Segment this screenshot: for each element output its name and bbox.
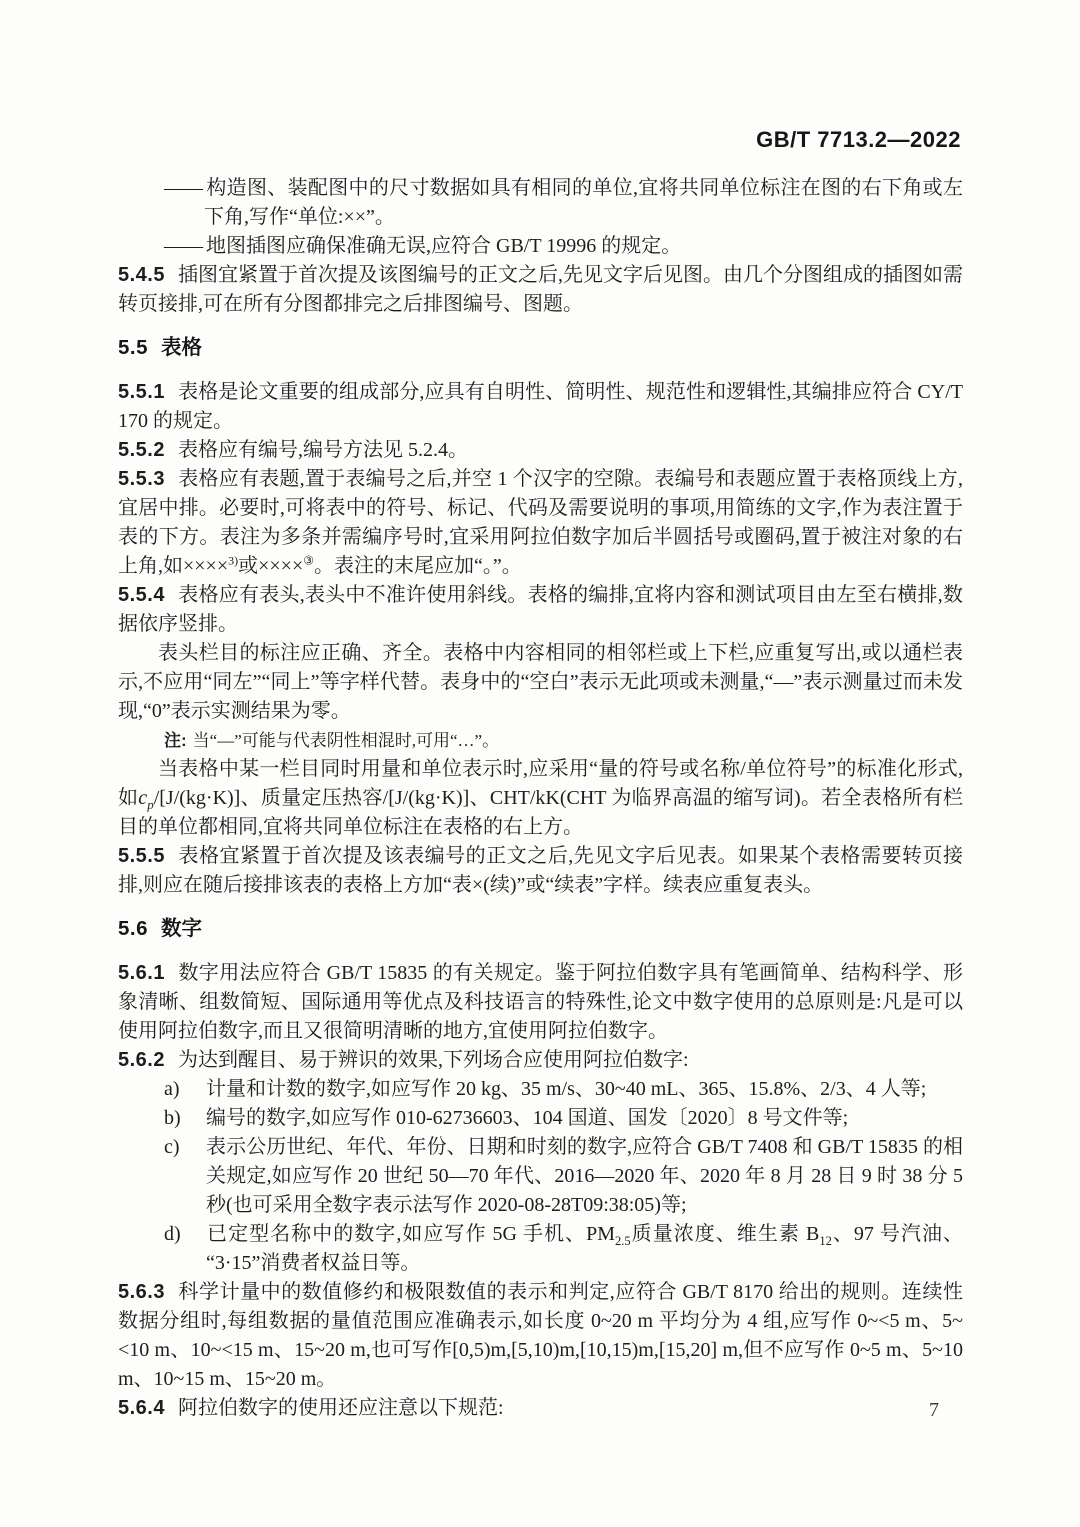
- list-item-text: 计量和计数的数字,如应写作 20 kg、35 m/s、30~40 mL、365、…: [206, 1078, 926, 1100]
- clause-5-6-4: 5.6.4阿拉伯数字的使用还应注意以下规范:: [118, 1394, 963, 1423]
- clause-5-5-1: 5.5.1表格是论文重要的组成部分,应具有自明性、简明性、规范性和逻辑性,其编排…: [118, 378, 963, 436]
- list-item-text: 表示公历世纪、年代、年份、日期和时刻的数字,应符合 GB/T 7408 和 GB…: [206, 1136, 963, 1216]
- dash-item-construction-drawings: ——构造图、装配图中的尺寸数据如具有相同的单位,宜将共同单位标注在图的右下角或左…: [118, 174, 963, 232]
- clause-text: 表格应有表头,表头中不准许使用斜线。表格的编排,宜将内容和测试项目由左至右横排,…: [118, 584, 963, 635]
- circled-number-superscript: ③: [303, 553, 314, 567]
- clause-text: 或××××: [238, 555, 303, 577]
- paragraph-table-header-rules: 表头栏目的标注应正确、齐全。表格中内容相同的相邻栏或上下栏,应重复写出,或以通栏…: [118, 639, 963, 726]
- clause-number: 5.5.3: [118, 468, 165, 490]
- section-title: 数字: [161, 917, 202, 940]
- paragraph-text: /[J/(kg·K)]、质量定压热容/[J/(kg·K)]、CHT/kK(CHT…: [118, 787, 963, 838]
- clause-number: 5.4.5: [118, 264, 165, 286]
- clause-text: 表格应有编号,编号方法见 5.2.4。: [178, 439, 468, 461]
- clause-text: 表格是论文重要的组成部分,应具有自明性、简明性、规范性和逻辑性,其编排应符合 C…: [118, 381, 963, 432]
- clause-text: 科学计量中的数值修约和极限数值的表示和判定,应符合 GB/T 8170 给出的规…: [118, 1281, 963, 1390]
- clause-5-5-3: 5.5.3表格应有表题,置于表编号之后,并空 1 个汉字的空隙。表编号和表题应置…: [118, 465, 963, 581]
- clause-number: 5.6.4: [118, 1397, 165, 1419]
- note-text: 当“—”可能与代表阴性相混时,可用“…”。: [193, 731, 499, 750]
- standard-code-header: GB/T 7713.2—2022: [756, 127, 961, 153]
- section-number: 5.5: [118, 336, 148, 359]
- clause-text: 表格宜紧置于首次提及该表编号的正文之后,先见文字后见表。如果某个表格需要转页接排…: [118, 845, 963, 896]
- list-item-text: 已定型名称中的数字,如应写作 5G 手机、PM: [206, 1223, 615, 1245]
- list-marker: c): [164, 1133, 206, 1162]
- clause-number: 5.5.4: [118, 584, 165, 606]
- clause-5-4-5: 5.4.5插图宜紧置于首次提及该图编号的正文之后,先见文字后见图。由几个分图组成…: [118, 261, 963, 319]
- list-marker: d): [164, 1220, 206, 1249]
- clause-5-5-2: 5.5.2表格应有编号,编号方法见 5.2.4。: [118, 436, 963, 465]
- dash-item-map-inserts: ——地图插图应确保准确无误,应符合 GB/T 19996 的规定。: [118, 232, 963, 261]
- page-number: 7: [929, 1399, 939, 1422]
- clause-5-6-1: 5.6.1数字用法应符合 GB/T 15835 的有关规定。鉴于阿拉伯数字具有笔…: [118, 959, 963, 1046]
- dash-marker: ——: [164, 235, 202, 257]
- list-item-b: b)编号的数字,如应写作 010-62736603、104 国道、国发〔2020…: [118, 1104, 963, 1133]
- quantity-symbol: cp: [138, 787, 153, 809]
- dash-item-text: 构造图、装配图中的尺寸数据如具有相同的单位,宜将共同单位标注在图的右下角或左下角…: [204, 177, 963, 228]
- list-item-d: d)已定型名称中的数字,如应写作 5G 手机、PM2.5质量浓度、维生素 B12…: [118, 1220, 963, 1278]
- note-paragraph: 注:当“—”可能与代表阴性相混时,可用“…”。: [118, 727, 963, 754]
- section-title: 表格: [161, 336, 202, 359]
- paragraph-quantity-units: 当表格中某一栏目同时用量和单位表示时,应采用“量的符号或名称/单位符号”的标准化…: [118, 755, 963, 842]
- section-number: 5.6: [118, 917, 148, 940]
- clause-number: 5.6.2: [118, 1049, 165, 1071]
- dash-marker: ——: [164, 177, 202, 199]
- symbol-c: c: [138, 787, 147, 809]
- clause-number: 5.6.3: [118, 1281, 165, 1303]
- note-label: 注:: [164, 731, 187, 750]
- clause-text: 数字用法应符合 GB/T 15835 的有关规定。鉴于阿拉伯数字具有笔画简单、结…: [118, 962, 963, 1042]
- list-marker: a): [164, 1075, 206, 1104]
- clause-number: 5.5.1: [118, 381, 165, 403]
- list-item-text: 质量浓度、维生素 B: [631, 1223, 820, 1245]
- dash-item-text: 地图插图应确保准确无误,应符合 GB/T 19996 的规定。: [206, 235, 681, 257]
- list-marker: b): [164, 1104, 206, 1133]
- list-item-c: c)表示公历世纪、年代、年份、日期和时刻的数字,应符合 GB/T 7408 和 …: [118, 1133, 963, 1220]
- clause-number: 5.6.1: [118, 962, 165, 984]
- clause-5-5-4: 5.5.4表格应有表头,表头中不准许使用斜线。表格的编排,宜将内容和测试项目由左…: [118, 581, 963, 639]
- section-heading-5-6: 5.6数字: [118, 914, 963, 943]
- subscript-b12: 12: [819, 1234, 832, 1248]
- clause-5-6-3: 5.6.3科学计量中的数值修约和极限数值的表示和判定,应符合 GB/T 8170…: [118, 1278, 963, 1394]
- clause-5-6-2: 5.6.2为达到醒目、易于辨识的效果,下列场合应使用阿拉伯数字:: [118, 1046, 963, 1075]
- clause-number: 5.5.5: [118, 845, 165, 867]
- section-heading-5-5: 5.5表格: [118, 333, 963, 362]
- clause-5-5-5: 5.5.5表格宜紧置于首次提及该表编号的正文之后,先见文字后见表。如果某个表格需…: [118, 842, 963, 900]
- list-item-a: a)计量和计数的数字,如应写作 20 kg、35 m/s、30~40 mL、36…: [118, 1075, 963, 1104]
- document-body: ——构造图、装配图中的尺寸数据如具有相同的单位,宜将共同单位标注在图的右下角或左…: [118, 174, 963, 1423]
- clause-text: 插图宜紧置于首次提及该图编号的正文之后,先见文字后见图。由几个分图组成的插图如需…: [118, 264, 963, 315]
- list-item-text: 编号的数字,如应写作 010-62736603、104 国道、国发〔2020〕8…: [206, 1107, 848, 1129]
- subscript-pm25: 2.5: [615, 1234, 631, 1248]
- footnote-superscript: 3): [228, 553, 238, 567]
- clause-number: 5.5.2: [118, 439, 165, 461]
- clause-text: 阿拉伯数字的使用还应注意以下规范:: [178, 1397, 504, 1419]
- clause-text: 。表注的末尾应加“。”。: [314, 555, 522, 577]
- clause-text: 为达到醒目、易于辨识的效果,下列场合应使用阿拉伯数字:: [178, 1049, 689, 1071]
- document-page: GB/T 7713.2—2022 ——构造图、装配图中的尺寸数据如具有相同的单位…: [0, 0, 1080, 1527]
